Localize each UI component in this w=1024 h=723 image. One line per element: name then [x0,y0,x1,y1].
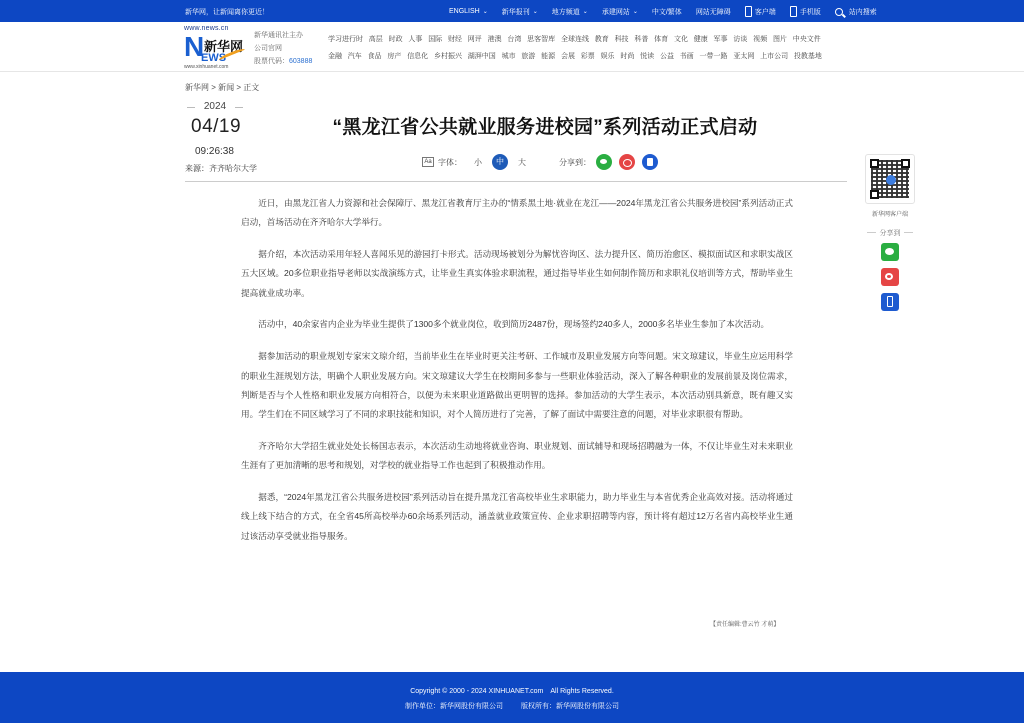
font-small-button[interactable]: 小 [474,157,482,168]
producer: 制作单位：新华网股份有限公司 [405,703,503,710]
nav-local-channels[interactable]: 地方频道⌄ [552,7,588,17]
share-mobile-icon[interactable] [642,154,658,170]
publish-time: 09:26:38 [195,146,234,157]
channel-link[interactable]: 彩票 [581,51,595,68]
channel-link[interactable]: 图片 [773,34,787,51]
channel-row-2: 金融汽车食品房产信息化乡村振兴湖湃中国城市旅游能源会展彩票娱乐时尚悦读公益书画一… [328,51,828,68]
share-weibo-icon[interactable] [619,154,635,170]
client-app-link[interactable]: 客户端 [745,6,776,17]
article-paragraph: 齐齐哈尔大学招生就业处处长杨国志表示，本次活动生动地将就业咨询、职业规划、面试辅… [241,437,793,476]
channel-link[interactable]: 投教基地 [794,51,822,68]
channel-link[interactable]: 时尚 [620,51,634,68]
channel-link[interactable]: 乡村振兴 [434,51,462,68]
article-tools: Aa 字体： 小 中 大 分享到： [422,154,665,170]
logo-url-bottom: www.xinhuanet.com [184,64,228,70]
channel-link[interactable]: 思客智库 [527,34,555,51]
channel-link[interactable]: 汽车 [348,51,362,68]
article-paragraph: 近日，由黑龙江省人力资源和社会保障厅、黑龙江省教育厅主办的“情系黑土地·就业在龙… [241,194,793,233]
channel-link[interactable]: 人事 [408,34,422,51]
qr-caption: 新华网客户端 [864,209,916,218]
channel-link[interactable]: 财经 [448,34,462,51]
nav-accessibility[interactable]: 网站无障碍 [696,7,731,17]
channel-link[interactable]: 湖湃中国 [468,51,496,68]
chevron-down-icon: ⌄ [483,8,488,15]
share-label: 分享到： [559,157,591,168]
rail-weibo-icon[interactable] [881,268,899,286]
nav-label: ENGLISH [449,8,480,15]
nav-hosted-sites[interactable]: 承建网站⌄ [602,7,638,17]
channel-link[interactable]: 金融 [328,51,342,68]
article-paragraph: 据参加活动的职业规划专家宋文琼介绍，当前毕业生在毕业时更关注考研、工作城市及职业… [241,347,793,424]
channel-link[interactable]: 悦读 [640,51,654,68]
channel-nav: 学习进行时高层时政人事国际财经网评港澳台湾思客智库全球连线教育科技科普体育文化健… [328,34,828,68]
channel-link[interactable]: 文化 [674,34,688,51]
search-label: 站内搜索 [849,7,877,17]
channel-link[interactable]: 时政 [389,34,403,51]
channel-link[interactable]: 网评 [468,34,482,51]
rail-wechat-icon[interactable] [881,243,899,261]
site-search-link[interactable]: 站内搜索 [835,7,877,17]
channel-link[interactable]: 国际 [428,34,442,51]
channel-link[interactable]: 全球连线 [561,34,589,51]
channel-link[interactable]: 科普 [634,34,648,51]
org-info: 新华通讯社主办 公司官网 股票代码：603888 [254,29,312,68]
publish-year: 2024 [185,101,245,112]
nav-label: 地方频道 [552,7,580,17]
channel-link[interactable]: 访谈 [733,34,747,51]
channel-link[interactable]: 高层 [369,34,383,51]
channel-link[interactable]: 能源 [541,51,555,68]
channel-link[interactable]: 中央文件 [793,34,821,51]
channel-link[interactable]: 旅游 [521,51,535,68]
channel-link[interactable]: 书画 [680,51,694,68]
qr-code [865,154,915,204]
site-header: www.news.cn N 新华网 EWS www.xinhuanet.com … [0,22,1024,72]
channel-link[interactable]: 信息化 [407,51,428,68]
channel-link[interactable]: 科技 [615,34,629,51]
font-large-button[interactable]: 大 [518,157,526,168]
xinhuanet-logo[interactable]: www.news.cn N 新华网 EWS www.xinhuanet.com [184,25,248,69]
mobile-version-link[interactable]: 手机版 [790,6,821,17]
channel-link[interactable]: 教育 [595,34,609,51]
article-paragraph: 据介绍，本次活动采用年轻人喜闻乐见的游园打卡形式。活动现场被划分为解忧咨询区、法… [241,245,793,303]
channel-link[interactable]: 城市 [502,51,516,68]
client-label: 客户端 [755,7,776,17]
channel-link[interactable]: 台湾 [507,34,521,51]
top-bar: 新华网，让新闻离你更近！ ENGLISH⌄ 新华报刊⌄ 地方频道⌄ 承建网站⌄ … [0,0,1024,22]
channel-link[interactable]: 港澳 [488,34,502,51]
channel-link[interactable]: 一带一路 [700,51,728,68]
phone-icon [790,6,797,17]
footer-credits: 制作单位：新华网股份有限公司版权所有：新华网股份有限公司 [0,701,1024,711]
article-title: “黑龙江省公共就业服务进校园”系列活动正式启动 [250,112,840,139]
article-source: 来源：齐齐哈尔大学 [185,163,257,174]
font-size-icon: Aa [422,157,434,167]
stock-label: 股票代码： [254,58,289,65]
nav-label: 新华报刊 [502,7,530,17]
qr-finder [901,159,910,168]
publish-date: 04/19 [191,116,241,138]
chevron-down-icon: ⌄ [633,8,638,15]
qr-logo [886,175,896,185]
article-paragraph: 据悉，“2024年黑龙江省公共服务进校园”系列活动旨在提升黑龙江省高校毕业生求职… [241,488,793,546]
nav-label: 承建网站 [602,7,630,17]
qr-finder [870,159,879,168]
site-footer: Copyright © 2000 - 2024 XINHUANET.com Al… [0,672,1024,723]
channel-link[interactable]: 娱乐 [601,51,615,68]
rail-mobile-icon[interactable] [881,293,899,311]
copyright: Copyright © 2000 - 2024 XINHUANET.com Al… [0,686,1024,696]
qr-finder [870,190,879,199]
channel-row-1: 学习进行时高层时政人事国际财经网评港澳台湾思客智库全球连线教育科技科普体育文化健… [328,34,828,51]
font-medium-button[interactable]: 中 [492,154,508,170]
stock-code[interactable]: 603888 [289,58,312,65]
font-label: 字体： [438,157,462,168]
org-line1: 新华通讯社主办 [254,29,312,42]
channel-link[interactable]: 房产 [387,51,401,68]
nav-traditional-chinese[interactable]: 中文/繁体 [652,7,682,17]
breadcrumb[interactable]: 新华网 > 新闻 > 正文 [185,82,259,93]
stock-info: 股票代码：603888 [254,55,312,68]
nav-newspapers[interactable]: 新华报刊⌄ [502,7,538,17]
nav-english[interactable]: ENGLISH⌄ [449,8,488,15]
channel-link[interactable]: 视频 [753,34,767,51]
search-icon [835,8,843,16]
rail-share-title: 分享到 [864,228,916,238]
article-paragraph: 活动中，40余家省内企业为毕业生提供了1300多个就业岗位，收到简历2487份，… [241,315,793,334]
site-slogan: 新华网，让新闻离你更近！ [185,7,269,17]
share-wechat-icon[interactable] [596,154,612,170]
right-rail: 新华网客户端 分享到 [864,154,916,311]
channel-link[interactable]: 健康 [694,34,708,51]
app-icon [745,6,752,17]
mobile-label: 手机版 [800,7,821,17]
channel-link[interactable]: 体育 [654,34,668,51]
channel-link[interactable]: 亚太网 [733,51,754,68]
article-body: 近日，由黑龙江省人力资源和社会保障厅、黑龙江省教育厅主办的“情系黑土地·就业在龙… [241,194,793,558]
responsible-editor: 【责任编辑:曹云竹 才萌】 [710,619,779,628]
chevron-down-icon: ⌄ [583,8,588,15]
chevron-down-icon: ⌄ [533,8,538,15]
channel-link[interactable]: 上市公司 [760,51,788,68]
channel-link[interactable]: 公益 [660,51,674,68]
channel-link[interactable]: 食品 [368,51,382,68]
header-divider [185,181,847,182]
top-nav: ENGLISH⌄ 新华报刊⌄ 地方频道⌄ 承建网站⌄ 中文/繁体 网站无障碍 客… [449,6,891,17]
channel-link[interactable]: 学习进行时 [328,34,363,51]
org-line2: 公司官网 [254,42,312,55]
owner: 版权所有：新华网股份有限公司 [521,703,619,710]
channel-link[interactable]: 会展 [561,51,575,68]
channel-link[interactable]: 军事 [714,34,728,51]
